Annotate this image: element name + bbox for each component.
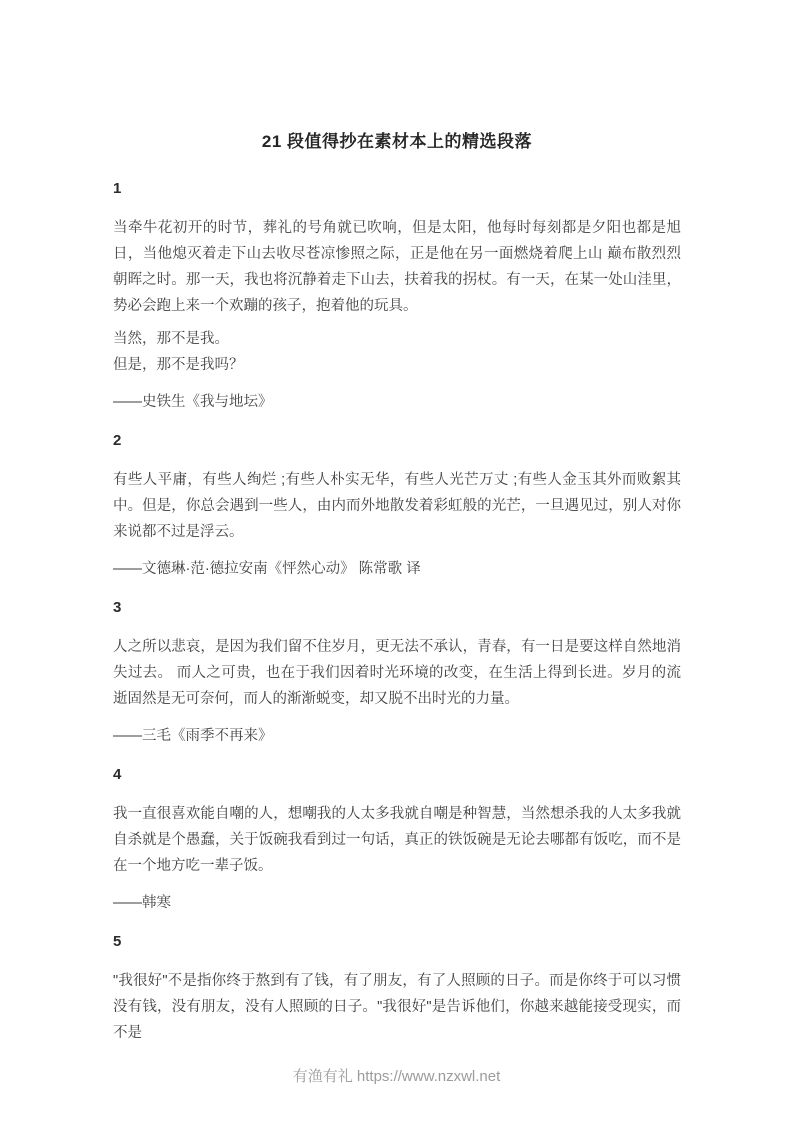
footer-watermark: 有渔有礼 https://www.nzxwl.net (0, 1066, 793, 1088)
document-page: 21 段值得抄在素材本上的精选段落 1 当牵牛花初开的时节，葬礼的号角就已吹响，… (0, 0, 793, 1122)
section-short-lines: 当然，那不是我。 但是，那不是我吗？ (113, 326, 681, 378)
section-attribution: ——史铁生《我与地坛》 (113, 389, 681, 415)
quote-section-5: 5 "我很好"不是指你终于熬到有了钱，有了朋友，有了人照顾的日子。而是你终于可以… (113, 929, 681, 1046)
section-number: 5 (113, 929, 681, 955)
section-attribution: ——文德琳·范·德拉安南《怦然心动》 陈常歌 译 (113, 556, 681, 582)
section-paragraph: 人之所以悲哀，是因为我们留不住岁月，更无法不承认，青春，有一日是要这样自然地消失… (113, 634, 681, 712)
section-number: 2 (113, 428, 681, 454)
short-line: 当然，那不是我。 (113, 326, 681, 352)
page-title: 21 段值得抄在素材本上的精选段落 (113, 130, 681, 154)
quote-section-4: 4 我一直很喜欢能自嘲的人，想嘲我的人太多我就自嘲是种智慧，当然想杀我的人太多我… (113, 762, 681, 916)
section-paragraph: "我很好"不是指你终于熬到有了钱，有了朋友，有了人照顾的日子。而是你终于可以习惯… (113, 968, 681, 1046)
section-number: 1 (113, 176, 681, 202)
section-paragraph: 当牵牛花初开的时节，葬礼的号角就已吹响，但是太阳，他每时每刻都是夕阳也都是旭日，… (113, 215, 681, 319)
short-line: 但是，那不是我吗？ (113, 352, 681, 378)
quote-section-1: 1 当牵牛花初开的时节，葬礼的号角就已吹响，但是太阳，他每时每刻都是夕阳也都是旭… (113, 176, 681, 415)
section-number: 4 (113, 762, 681, 788)
section-attribution: ——韩寒 (113, 890, 681, 916)
section-paragraph: 我一直很喜欢能自嘲的人，想嘲我的人太多我就自嘲是种智慧，当然想杀我的人太多我就自… (113, 801, 681, 879)
section-number: 3 (113, 595, 681, 621)
quote-section-2: 2 有些人平庸，有些人绚烂 ;有些人朴实无华，有些人光芒万丈 ;有些人金玉其外而… (113, 428, 681, 582)
section-attribution: ——三毛《雨季不再来》 (113, 723, 681, 749)
section-paragraph: 有些人平庸，有些人绚烂 ;有些人朴实无华，有些人光芒万丈 ;有些人金玉其外而败絮… (113, 467, 681, 545)
quote-section-3: 3 人之所以悲哀，是因为我们留不住岁月，更无法不承认，青春，有一日是要这样自然地… (113, 595, 681, 749)
